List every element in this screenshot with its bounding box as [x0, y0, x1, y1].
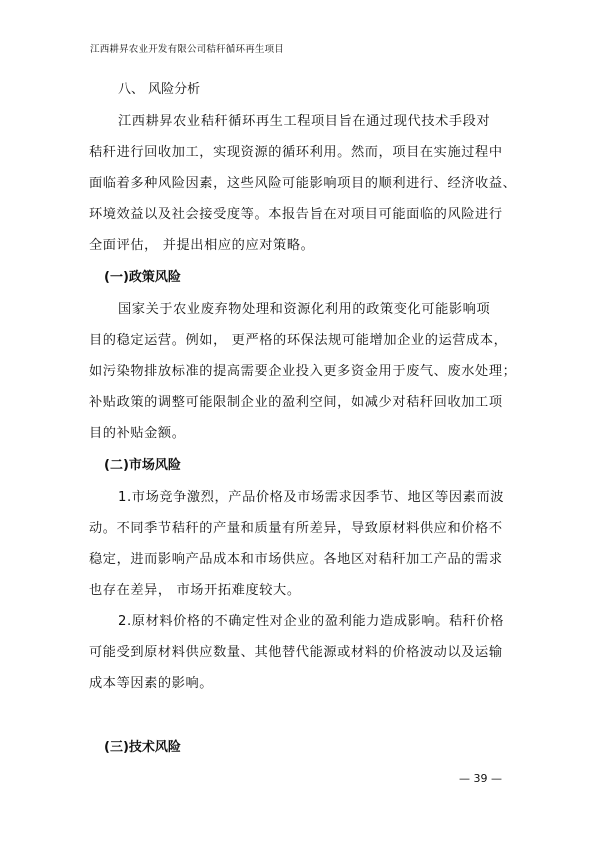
text-line: 也存在差异， 市场开拓难度较大。	[89, 579, 519, 598]
text-line: 全面评估， 并提出相应的应对策略。	[89, 234, 519, 253]
text-line: 如污染物排放标准的提高需要企业投入更多资金用于废气、废水处理；	[89, 360, 519, 379]
subsection-heading-market: (二)市场风险	[104, 454, 181, 473]
text-line: 秸秆进行回收加工，实现资源的循环利用。然而，项目在实施过程中	[89, 141, 519, 160]
text-line: 2.原材料价格的不确定性对企业的盈利能力造成影响。秸秆价格	[118, 610, 518, 629]
text-line: 补贴政策的调整可能限制企业的盈利空间，如减少对秸秆回收加工项	[89, 391, 519, 410]
text-line: 可能受到原材料供应数量、其他替代能源或材料的价格波动以及运输	[89, 641, 519, 660]
text-line: 环境效益以及社会接受度等。本报告旨在对项目可能面临的风险进行	[89, 203, 519, 222]
text-line: 1.市场竞争激烈，产品价格及市场需求因季节、地区等因素而波	[118, 486, 518, 505]
subsection-heading-technical: (三)技术风险	[104, 736, 181, 755]
text-line: 稳定，进而影响产品成本和市场供应。各地区对秸秆加工产品的需求	[89, 548, 519, 567]
subsection-heading-policy: (一)政策风险	[104, 266, 181, 285]
text-line: 目的稳定运营。例如， 更严格的环保法规可能增加企业的运营成本，	[89, 329, 519, 348]
text-line: 目的补贴金额。	[89, 422, 519, 441]
text-line: 江西耕昇农业秸秆循环再生工程项目旨在通过现代技术手段对	[118, 110, 518, 129]
page-header: 江西耕昇农业开发有限公司秸秆循环再生项目	[90, 41, 284, 55]
text-line: 国家关于农业废弃物处理和资源化利用的政策变化可能影响项	[118, 298, 518, 317]
text-line: 成本等因素的影响。	[89, 672, 519, 691]
page-number: — 39 —	[459, 772, 502, 785]
section-title: 八、 风险分析	[118, 78, 200, 97]
text-line: 动。不同季节秸秆的产量和质量有所差异，导致原材料供应和价格不	[89, 517, 519, 536]
text-line: 面临着多种风险因素，这些风险可能影响项目的顺利进行、经济收益、	[89, 172, 519, 191]
